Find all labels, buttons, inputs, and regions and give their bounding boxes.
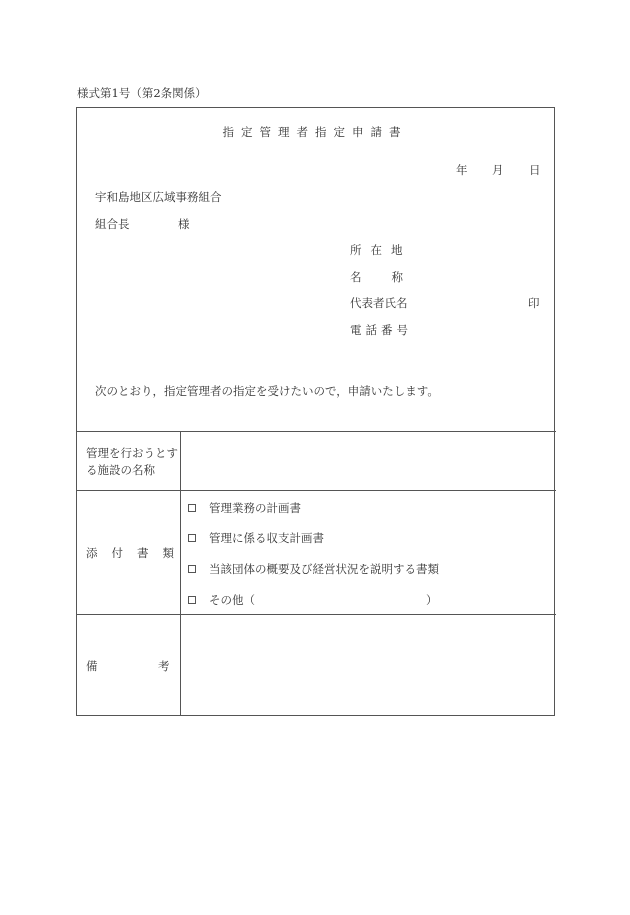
remarks-label-right: 考 [158,658,170,674]
attachment-item-organization-overview[interactable]: 当該団体の概要及び経営状況を説明する書類 [188,561,439,577]
applicant-name-label: 名称 [350,269,433,285]
checkbox-icon[interactable] [188,534,196,542]
remarks-label-left: 備 [86,658,98,674]
table-column-divider [180,431,181,716]
application-statement: 次のとおり，指定管理者の指定を受けたいので，申請いたします。 [95,383,439,399]
other-close-paren: ） [426,592,438,608]
date-day-label: 日 [529,162,541,178]
form-number: 様式第1号（第2条関係） [77,85,207,101]
date-year-label: 年 [456,162,468,178]
addressee-organization: 宇和島地区広域事務組合 [95,189,222,205]
attachment-label: その他（ [209,592,255,608]
attachments-label: 添付書類 [86,545,188,561]
checkbox-icon[interactable] [188,504,196,512]
attachment-label: 当該団体の概要及び経営状況を説明する書類 [209,561,439,577]
attachment-item-management-plan[interactable]: 管理業務の計画書 [188,500,301,516]
attachment-item-budget-plan[interactable]: 管理に係る収支計画書 [188,530,324,546]
form-title: 指定管理者指定申請書 [0,124,630,140]
checkbox-icon[interactable] [188,565,196,573]
attachment-item-other[interactable]: その他（ [188,592,255,608]
applicant-phone-label: 電話番号 [350,322,412,338]
checkbox-icon[interactable] [188,596,196,604]
addressee-title: 組合長 [95,216,130,232]
applicant-address-label: 所在地 [350,242,412,258]
attachment-label: 管理業務の計画書 [209,500,301,516]
seal-mark: 印 [528,295,540,311]
date-month-label: 月 [492,162,504,178]
facility-name-field[interactable] [182,432,554,489]
attachment-label: 管理に係る収支計画書 [209,530,324,546]
remarks-field[interactable] [182,615,554,715]
addressee-honorific: 様 [178,216,190,232]
table-divider [76,490,556,491]
representative-name-label: 代表者氏名 [350,295,408,311]
facility-name-label: 管理を行おうとする施設の名称 [86,445,178,479]
